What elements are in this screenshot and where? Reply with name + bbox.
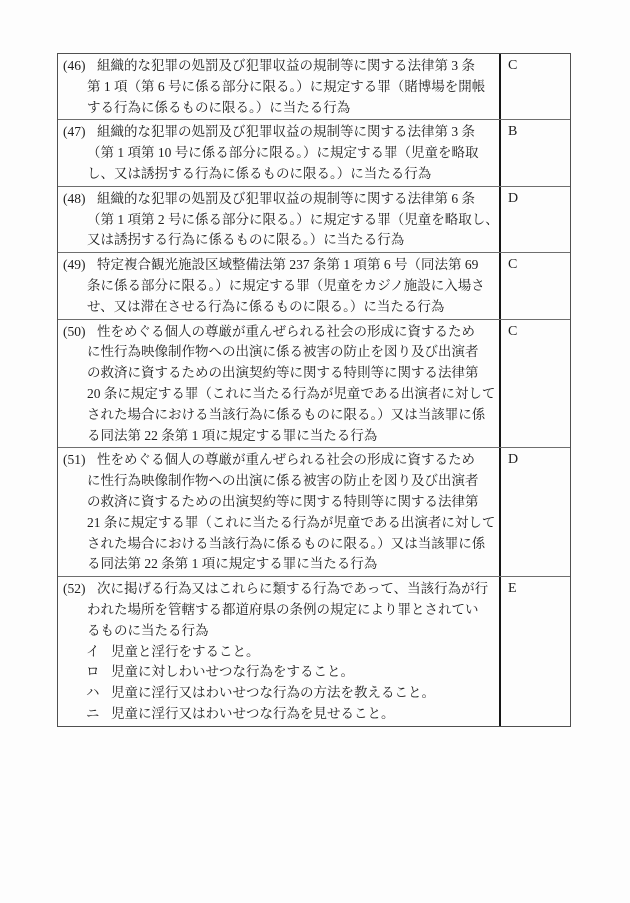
item-continuation-line: る同法第 22 条第 1 項に規定する罪に当たる行為 bbox=[63, 426, 499, 447]
row-grade-cell: C bbox=[501, 54, 570, 119]
item-continuation-line: 21 条に規定する罪（これに当たる行為が児童である出演者に対して bbox=[63, 513, 499, 534]
sub-item-line: ハ児童に淫行又はわいせつな行為の方法を教えること。 bbox=[63, 683, 499, 704]
sub-item-marker: イ bbox=[86, 642, 100, 663]
line-text: 児童と淫行をすること。 bbox=[111, 642, 260, 663]
row-text-cell: (51)性をめぐる個人の尊厳が重んぜられる社会の形成に資するために性行為映像制作… bbox=[58, 448, 501, 576]
line-text: 児童に対しわいせつな行為をすること。 bbox=[111, 662, 354, 683]
row-grade-cell: C bbox=[501, 253, 570, 318]
item-first-line: (48)組織的な犯罪の処罰及び犯罪収益の規制等に関する法律第 6 条 bbox=[63, 189, 499, 210]
item-number: (48) bbox=[63, 189, 90, 210]
row-text-cell: (49)特定複合観光施設区域整備法第 237 条第 1 項第 6 号（同法第 6… bbox=[58, 253, 501, 318]
item-continuation-line: るものに当たる行為 bbox=[63, 621, 499, 642]
line-text: 組織的な犯罪の処罰及び犯罪収益の規制等に関する法律第 6 条 bbox=[97, 189, 475, 210]
row-text-cell: (48)組織的な犯罪の処罰及び犯罪収益の規制等に関する法律第 6 条（第 1 項… bbox=[58, 187, 501, 252]
line-text: 組織的な犯罪の処罰及び犯罪収益の規制等に関する法律第 3 条 bbox=[97, 122, 475, 143]
row-text-cell: (47)組織的な犯罪の処罰及び犯罪収益の規制等に関する法律第 3 条（第 1 項… bbox=[58, 120, 501, 185]
item-number: (52) bbox=[63, 579, 90, 600]
line-text: 性をめぐる個人の尊厳が重んぜられる社会の形成に資するため bbox=[97, 450, 475, 471]
item-continuation-line: （第 1 項第 10 号に係る部分に限る。）に規定する罪（児童を略取 bbox=[63, 143, 499, 164]
item-continuation-line: せ、又は滞在させる行為に係るものに限る。）に当たる行為 bbox=[63, 297, 499, 318]
item-first-line: (47)組織的な犯罪の処罰及び犯罪収益の規制等に関する法律第 3 条 bbox=[63, 122, 499, 143]
sub-item-line: ロ児童に対しわいせつな行為をすること。 bbox=[63, 662, 499, 683]
row-grade-cell: D bbox=[501, 187, 570, 252]
item-first-line: (51)性をめぐる個人の尊厳が重んぜられる社会の形成に資するため bbox=[63, 450, 499, 471]
item-number: (51) bbox=[63, 450, 90, 471]
item-number: (47) bbox=[63, 122, 90, 143]
row-text-cell: (46)組織的な犯罪の処罰及び犯罪収益の規制等に関する法律第 3 条第 1 項（… bbox=[58, 54, 501, 119]
sub-item-line: ニ児童に淫行又はわいせつな行為を見せること。 bbox=[63, 704, 499, 725]
item-continuation-line: 20 条に規定する罪（これに当たる行為が児童である出演者に対して bbox=[63, 384, 499, 405]
item-continuation-line: 条に係る部分に限る。）に規定する罪（児童をカジノ施設に入場さ bbox=[63, 276, 499, 297]
sub-item-marker: ロ bbox=[86, 662, 100, 683]
item-continuation-line: された場合における当該行為に係るものに限る。）又は当該罪に係 bbox=[63, 534, 499, 555]
item-continuation-line: に性行為映像制作物への出演に係る被害の防止を図り及び出演者 bbox=[63, 471, 499, 492]
item-continuation-line: る同法第 22 条第 1 項に規定する罪に当たる行為 bbox=[63, 554, 499, 575]
table-row: (50)性をめぐる個人の尊厳が重んぜられる社会の形成に資するために性行為映像制作… bbox=[58, 320, 570, 449]
item-first-line: (50)性をめぐる個人の尊厳が重んぜられる社会の形成に資するため bbox=[63, 322, 499, 343]
item-continuation-line: に性行為映像制作物への出演に係る被害の防止を図り及び出演者 bbox=[63, 342, 499, 363]
item-first-line: (49)特定複合観光施設区域整備法第 237 条第 1 項第 6 号（同法第 6… bbox=[63, 255, 499, 276]
row-grade-cell: D bbox=[501, 448, 570, 576]
table-row: (48)組織的な犯罪の処罰及び犯罪収益の規制等に関する法律第 6 条（第 1 項… bbox=[58, 187, 570, 253]
sub-item-marker: ニ bbox=[86, 704, 100, 725]
item-continuation-line: 第 1 項（第 6 号に係る部分に限る。）に規定する罪（賭博場を開帳 bbox=[63, 77, 499, 98]
table-row: (51)性をめぐる個人の尊厳が重んぜられる社会の形成に資するために性行為映像制作… bbox=[58, 448, 570, 577]
item-first-line: (46)組織的な犯罪の処罰及び犯罪収益の規制等に関する法律第 3 条 bbox=[63, 56, 499, 77]
table-row: (49)特定複合観光施設区域整備法第 237 条第 1 項第 6 号（同法第 6… bbox=[58, 253, 570, 319]
item-number: (49) bbox=[63, 255, 90, 276]
row-grade-cell: C bbox=[501, 320, 570, 448]
item-continuation-line: 又は誘拐する行為に係るものに限る。）に当たる行為 bbox=[63, 230, 499, 251]
offense-classification-table: (46)組織的な犯罪の処罰及び犯罪収益の規制等に関する法律第 3 条第 1 項（… bbox=[57, 53, 571, 727]
item-number: (46) bbox=[63, 56, 90, 77]
item-continuation-line: し、又は誘拐する行為に係るものに限る。）に当たる行為 bbox=[63, 164, 499, 185]
sub-item-line: イ児童と淫行をすること。 bbox=[63, 642, 499, 663]
row-text-cell: (50)性をめぐる個人の尊厳が重んぜられる社会の形成に資するために性行為映像制作… bbox=[58, 320, 501, 448]
line-text: 児童に淫行又はわいせつな行為を見せること。 bbox=[111, 704, 395, 725]
table-row: (46)組織的な犯罪の処罰及び犯罪収益の規制等に関する法律第 3 条第 1 項（… bbox=[58, 54, 570, 120]
item-number: (50) bbox=[63, 322, 90, 343]
item-first-line: (52)次に掲げる行為又はこれらに類する行為であって、当該行為が行 bbox=[63, 579, 499, 600]
item-continuation-line: する行為に係るものに限る。）に当たる行為 bbox=[63, 98, 499, 119]
line-text: 組織的な犯罪の処罰及び犯罪収益の規制等に関する法律第 3 条 bbox=[97, 56, 475, 77]
item-continuation-line: された場合における当該行為に係るものに限る。）又は当該罪に係 bbox=[63, 405, 499, 426]
sub-item-marker: ハ bbox=[86, 683, 100, 704]
item-continuation-line: の救済に資するための出演契約等に関する特則等に関する法律第 bbox=[63, 492, 499, 513]
line-text: 性をめぐる個人の尊厳が重んぜられる社会の形成に資するため bbox=[97, 322, 475, 343]
table-row: (52)次に掲げる行為又はこれらに類する行為であって、当該行為が行われた場所を管… bbox=[58, 577, 570, 726]
line-text: 児童に淫行又はわいせつな行為の方法を教えること。 bbox=[111, 683, 435, 704]
row-grade-cell: E bbox=[501, 577, 570, 726]
item-continuation-line: の救済に資するための出演契約等に関する特則等に関する法律第 bbox=[63, 363, 499, 384]
table-row: (47)組織的な犯罪の処罰及び犯罪収益の規制等に関する法律第 3 条（第 1 項… bbox=[58, 120, 570, 186]
document-page: (46)組織的な犯罪の処罰及び犯罪収益の規制等に関する法律第 3 条第 1 項（… bbox=[0, 0, 630, 903]
row-grade-cell: B bbox=[501, 120, 570, 185]
row-text-cell: (52)次に掲げる行為又はこれらに類する行為であって、当該行為が行われた場所を管… bbox=[58, 577, 501, 726]
line-text: 次に掲げる行為又はこれらに類する行為であって、当該行為が行 bbox=[97, 579, 488, 600]
item-continuation-line: （第 1 項第 2 号に係る部分に限る。）に規定する罪（児童を略取し、 bbox=[63, 210, 499, 231]
item-continuation-line: われた場所を管轄する都道府県の条例の規定により罪とされてい bbox=[63, 600, 499, 621]
line-text: 特定複合観光施設区域整備法第 237 条第 1 項第 6 号（同法第 69 bbox=[97, 255, 478, 276]
